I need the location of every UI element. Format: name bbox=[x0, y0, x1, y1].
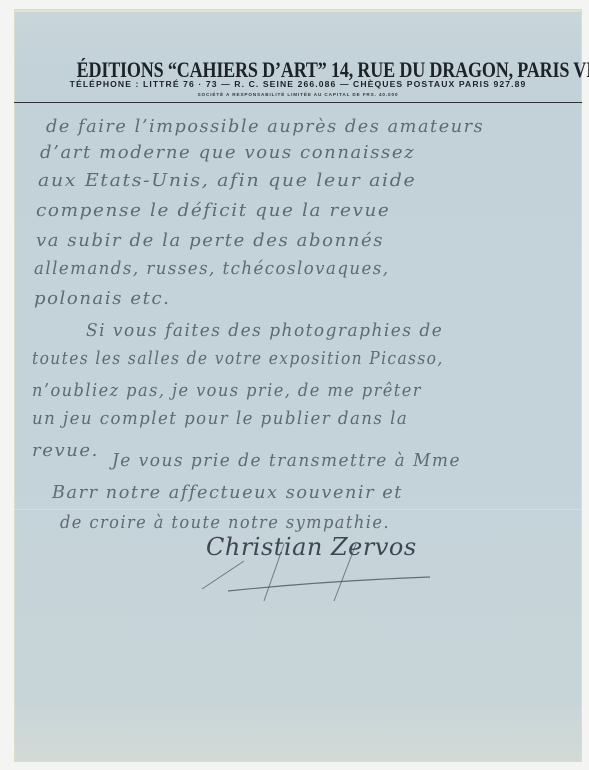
letter-line: un jeu complet pour le publier dans la bbox=[32, 409, 408, 429]
signature-flourish-icon bbox=[184, 539, 444, 609]
letter-line: polonais etc. bbox=[34, 289, 170, 309]
letter-line: d’art moderne que vous connaissez bbox=[40, 143, 415, 163]
letter-body: de faire l’impossible auprès des amateur… bbox=[14, 9, 582, 762]
letter-line: Je vous prie de transmettre à Mme bbox=[112, 451, 461, 471]
letter-line: allemands, russes, tchécoslovaques, bbox=[34, 259, 390, 279]
letter-line: toutes les salles de votre exposition Pi… bbox=[32, 349, 444, 369]
letter-line: de faire l’impossible auprès des amateur… bbox=[46, 117, 484, 137]
letter-line: revue. bbox=[32, 441, 99, 461]
letter-line: va subir de la perte des abonnés bbox=[36, 231, 384, 251]
letter-line: Barr notre affectueux souvenir et bbox=[52, 483, 403, 503]
letter-line: compense le déficit que la revue bbox=[36, 201, 390, 221]
letter-line: aux Etats-Unis, afin que leur aide bbox=[38, 171, 416, 191]
letter-line: de croire à toute notre sympathie. bbox=[60, 513, 390, 533]
letter-sheet: ÉDITIONS “CAHIERS D’ART” 14, RUE DU DRAG… bbox=[14, 9, 582, 762]
letter-line: n’oubliez pas, je vous prie, de me prête… bbox=[32, 381, 422, 401]
letter-line: Si vous faites des photographies de bbox=[86, 321, 443, 341]
